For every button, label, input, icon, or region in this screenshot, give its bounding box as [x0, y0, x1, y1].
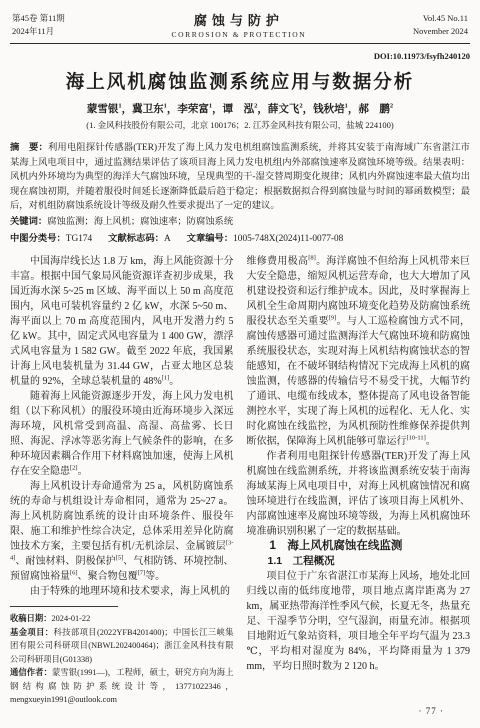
paragraph: 由于特殊的地理环境和技术要求，海上风机的 [10, 584, 234, 599]
journal-date-cn: 2024年11月 [12, 25, 65, 38]
article-id-value: 1005-748X(2024)11-0077-08 [233, 234, 343, 244]
paper-page: 第45卷 第11期 2024年11月 腐蚀与防护 CORROSION & PRO… [0, 0, 480, 728]
journal-header-center: 腐蚀与防护 CORROSION & PROTECTION [172, 10, 307, 39]
journal-name-cn: 腐蚀与防护 [172, 10, 307, 29]
footnote-rule [10, 606, 118, 607]
paragraph: 项目位于广东省湛江市某海上风场，地处北回归线以南的低纬度地带，项目地点离岸距离为… [247, 569, 471, 674]
received-line: 收稿日期：2024-01-22 [10, 612, 234, 626]
abstract-label: 摘 要： [10, 142, 48, 152]
article-id-label: 文章编号： [187, 233, 234, 243]
journal-vol-en: Vol.45 No.11 [413, 12, 468, 25]
abstract-text: 利用电阻探针传感器(TER)开发了海上风力发电机组腐蚀监测系统，并将其安装于南海… [10, 143, 470, 211]
keywords-text: 腐蚀监测；海上风机；腐蚀速率；防腐蚀系统 [47, 217, 233, 227]
paragraph: 中国海岸线长达 1.8 万 km，海上风能资源十分丰富。根据中国气象局风能资源详… [10, 254, 234, 389]
journal-issue-cn: 第45卷 第11期 [12, 12, 65, 25]
paragraph: 随着海上风能资源逐步开发，海上风力发电机组（以下称风机）的服役环境由近海环境步入… [10, 389, 234, 479]
section-1-heading: 1 海上风机腐蚀在线监测 [247, 539, 471, 554]
doi: DOI:10.11973/fsyfh240120 [10, 51, 470, 61]
abstract: 摘 要：利用电阻探针传感器(TER)开发了海上风力发电机组腐蚀监测系统，并将其安… [10, 140, 470, 214]
fund-line: 基金项目：科技部项目(2022YFB4201400)；中国长江三峡集团有限公司科… [10, 626, 234, 667]
section-1-1-heading: 1.1 工程概况 [247, 554, 471, 569]
classification-line: 中图分类号：TG174文献标志码：A文章编号：1005-748X(2024)11… [10, 231, 470, 247]
corresponding-line: 通信作者：蒙雪银(1991—)，工程师，硕士，研究方向为海上钢结构腐蚀防护系统设… [10, 666, 234, 707]
received-label: 收稿日期： [10, 613, 52, 623]
journal-name-en: CORROSION & PROTECTION [172, 30, 307, 39]
column-left: 中国海岸线长达 1.8 万 km，海上风能资源十分丰富。根据中国气象局风能资源详… [10, 254, 234, 707]
doc-code-value: A [164, 234, 171, 244]
article-title: 海上风机腐蚀监测系统应用与数据分析 [10, 68, 470, 94]
keywords-line: 关键词：腐蚀监测；海上风机；腐蚀速率；防腐蚀系统 [10, 214, 470, 230]
journal-header-right: Vol.45 No.11 November 2024 [413, 12, 468, 37]
column-right: 维修费用极高[8]。海洋腐蚀不但给海上风机带来巨大安全隐患，缩短风机运营寿命，也… [247, 254, 471, 707]
clc-label: 中图分类号： [10, 233, 66, 243]
fund-label: 基金项目： [10, 627, 54, 637]
journal-header: 第45卷 第11期 2024年11月 腐蚀与防护 CORROSION & PRO… [10, 8, 470, 44]
body-columns: 中国海岸线长达 1.8 万 km，海上风能资源十分丰富。根据中国气象局风能资源详… [10, 254, 470, 707]
affiliation: (1. 金风科技股份有限公司，北京 100176；2. 江苏金风科技有限公司，盐… [10, 119, 470, 131]
journal-date-en: November 2024 [413, 25, 468, 38]
paragraph: 维修费用极高[8]。海洋腐蚀不但给海上风机带来巨大安全隐患，缩短风机运营寿命，也… [247, 254, 471, 449]
paragraph: 海上风机设计寿命通常为 25 a，风机防腐蚀系统的寿命与机组设计寿命相同，通常为… [10, 479, 234, 584]
keywords-label: 关键词： [10, 216, 47, 226]
clc-value: TG174 [66, 234, 92, 244]
paragraph: 作者利用电阻探针传感器(TER)开发了海上风机腐蚀在线监测系统，并将该监测系统安… [247, 449, 471, 539]
doc-code-label: 文献标志码： [108, 233, 164, 243]
author-list: 蒙雪银1，冀卫东1，李荣富1，谭 泓2，薛文飞2，钱秋培1，郝 鹏2 [10, 101, 470, 116]
received-date: 2024-01-22 [52, 614, 91, 623]
journal-header-left: 第45卷 第11期 2024年11月 [12, 12, 65, 37]
page-number: · 77 · [419, 706, 445, 716]
footnote: 收稿日期：2024-01-22 基金项目：科技部项目(2022YFB420140… [10, 612, 234, 707]
corresponding-label: 通信作者： [10, 667, 52, 677]
